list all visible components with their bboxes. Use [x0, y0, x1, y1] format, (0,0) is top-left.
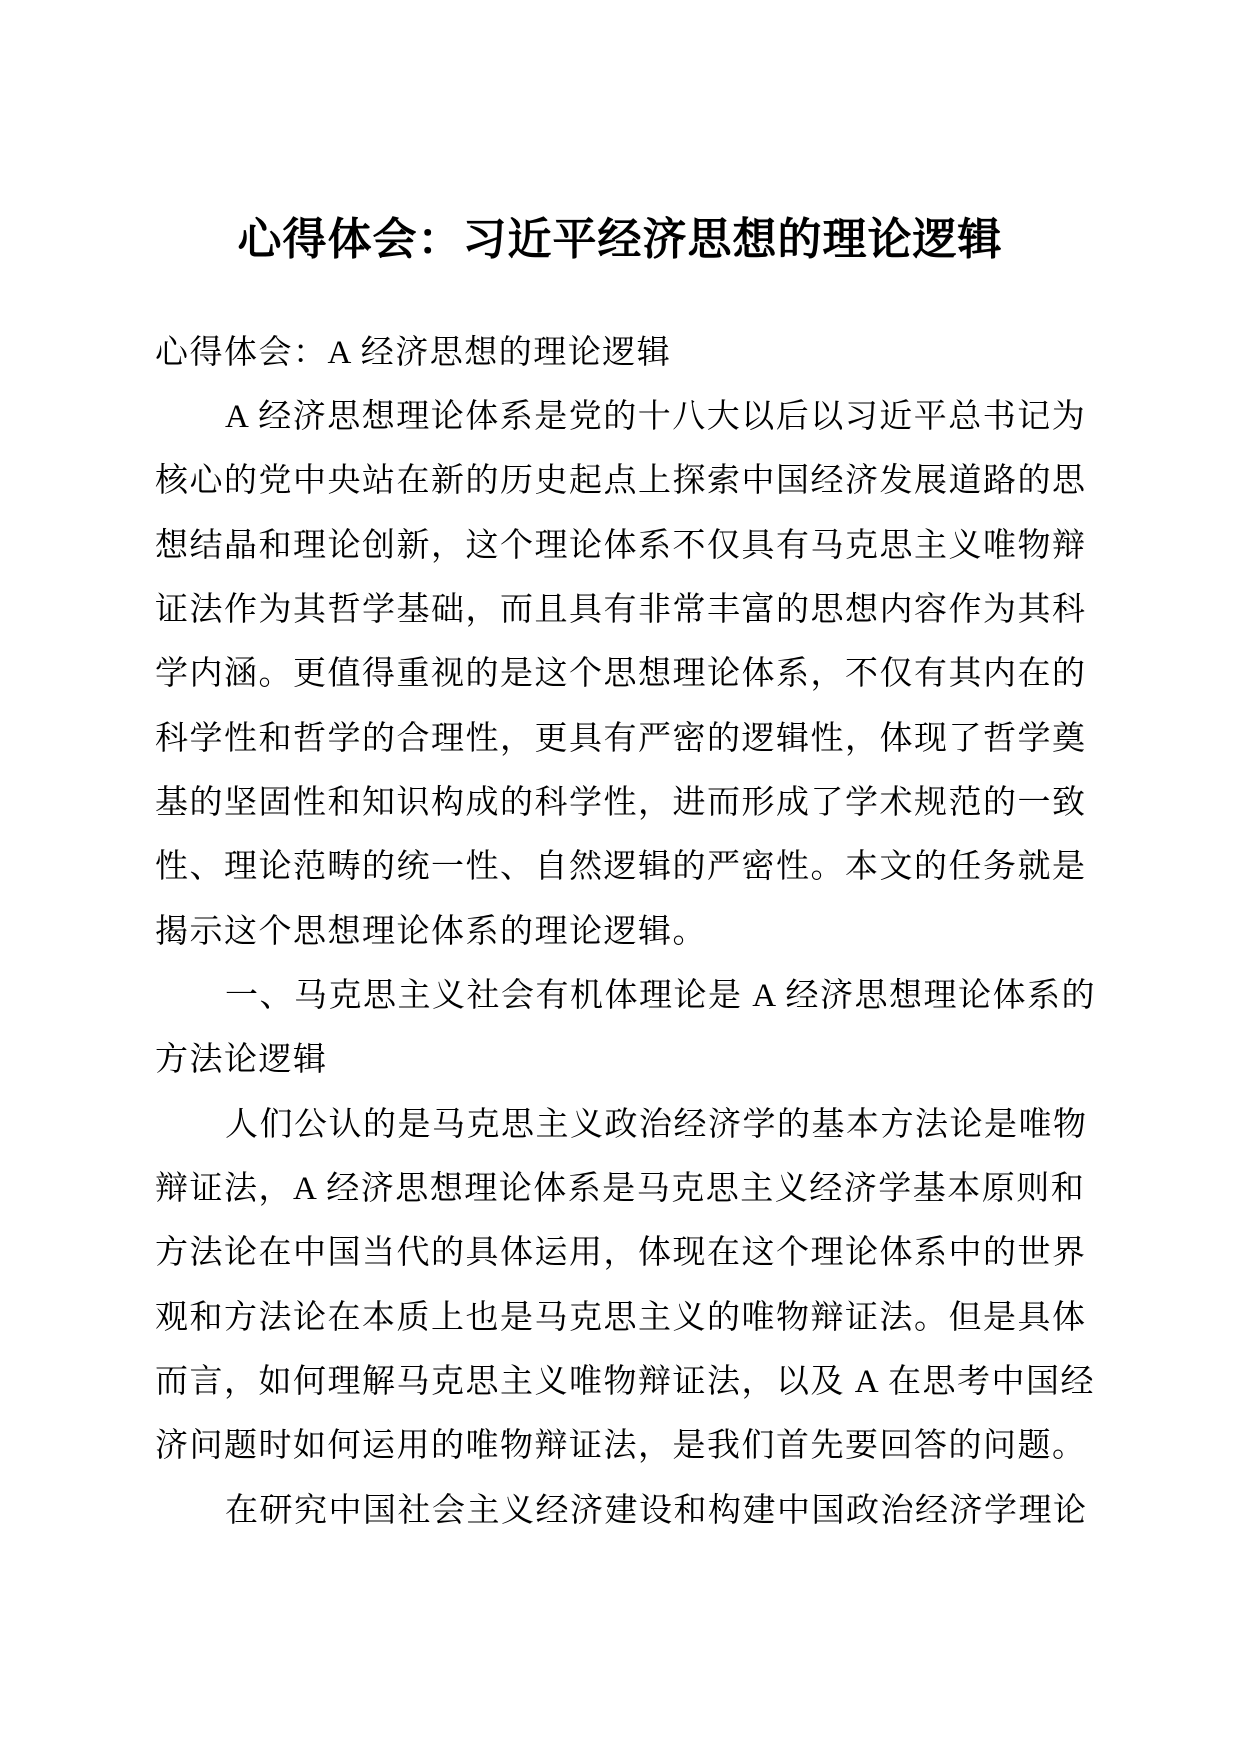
document-page: 心得体会：习近平经济思想的理论逻辑 心得体会：A 经济思想的理论逻辑A 经济思想…: [0, 0, 1240, 1754]
text-line: 辩证法，A 经济思想理论体系是马克思主义经济学基本原则和: [155, 1153, 1085, 1217]
text-line: 揭示这个思想理论体系的理论逻辑。: [155, 896, 1085, 960]
text-line: 想结晶和理论创新，这个理论体系不仅具有马克思主义唯物辩: [155, 510, 1085, 574]
text-line: 核心的党中央站在新的历史起点上探索中国经济发展道路的思: [155, 446, 1085, 510]
text-line: 学内涵。更值得重视的是这个思想理论体系，不仅有其内在的: [155, 639, 1085, 703]
document-body: 心得体会：A 经济思想的理论逻辑A 经济思想理论体系是党的十八大以后以习近平总书…: [155, 317, 1085, 1539]
text-line: 一、马克思主义社会有机体理论是 A 经济思想理论体系的: [155, 960, 1085, 1024]
text-line: A 经济思想理论体系是党的十八大以后以习近平总书记为: [155, 381, 1085, 445]
text-line: 证法作为其哲学基础，而且具有非常丰富的思想内容作为其科: [155, 574, 1085, 638]
text-line: 科学性和哲学的合理性，更具有严密的逻辑性，体现了哲学奠: [155, 703, 1085, 767]
text-line: 性、理论范畴的统一性、自然逻辑的严密性。本文的任务就是: [155, 832, 1085, 896]
document-title: 心得体会：习近平经济思想的理论逻辑: [0, 212, 1240, 268]
text-line: 方法论逻辑: [155, 1025, 1085, 1089]
text-line: 基的坚固性和知识构成的科学性，进而形成了学术规范的一致: [155, 767, 1085, 831]
text-line: 而言，如何理解马克思主义唯物辩证法，以及 A 在思考中国经: [155, 1346, 1085, 1410]
text-line: 方法论在中国当代的具体运用，体现在这个理论体系中的世界: [155, 1218, 1085, 1282]
text-line: 济问题时如何运用的唯物辩证法，是我们首先要回答的问题。: [155, 1411, 1085, 1475]
text-line: 观和方法论在本质上也是马克思主义的唯物辩证法。但是具体: [155, 1282, 1085, 1346]
text-line: 在研究中国社会主义经济建设和构建中国政治经济学理论: [155, 1475, 1085, 1539]
text-line: 人们公认的是马克思主义政治经济学的基本方法论是唯物: [155, 1089, 1085, 1153]
text-line: 心得体会：A 经济思想的理论逻辑: [155, 317, 1085, 381]
